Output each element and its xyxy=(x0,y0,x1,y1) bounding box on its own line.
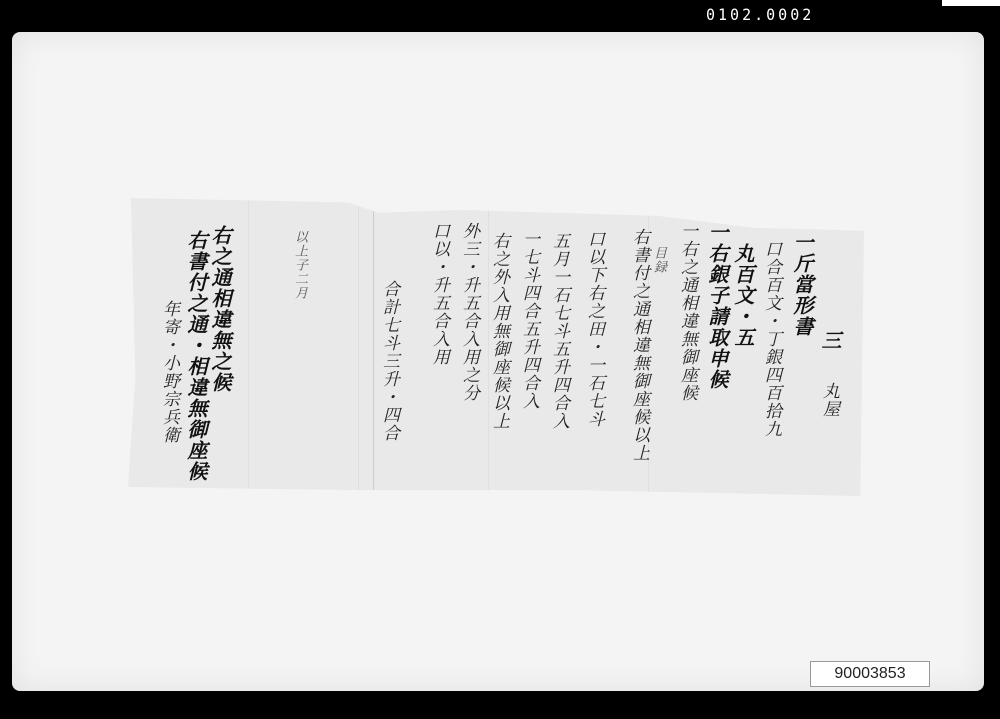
manuscript-column: 口以・升五合入用 xyxy=(430,222,447,366)
manuscript-column: 丸屋 xyxy=(820,382,837,418)
manuscript-column: 外三・升五合入用之分 xyxy=(460,222,477,402)
manuscript-column: 三 xyxy=(820,330,840,351)
manuscript-column: 目録 xyxy=(652,246,665,274)
manuscript-column: 口合百文・丁銀四百拾九 xyxy=(762,240,779,438)
manuscript-column: 右之通相違無之候 xyxy=(210,225,230,393)
manuscript-column: 一右銀子請取申候 xyxy=(707,222,727,390)
manuscript-column: 右之外入用無御座候以上 xyxy=(490,232,507,430)
manuscript-column: 一斤當形書 xyxy=(792,232,812,337)
manuscript-column: 口以下右之田・一石七斗 xyxy=(585,230,602,428)
manuscript-column: 右書付之通・相違無御座候 xyxy=(186,230,206,482)
reference-number-label: 90003853 xyxy=(810,661,930,687)
manuscript-column: 一右之通相違無御座候 xyxy=(678,222,695,402)
manuscript-column: 右書付之通相違無御座候以上 xyxy=(630,228,647,462)
manuscript-column: 丸百文・五 xyxy=(733,243,753,348)
manuscript-column: 以上子二月 xyxy=(293,230,306,300)
corner-marker xyxy=(942,0,1000,6)
manuscript-column: 年寄・小野宗兵衛 xyxy=(160,300,177,444)
manuscript-column: 合計七斗三升・四合 xyxy=(380,280,397,442)
manuscript-column: 五月一石七斗五升四合入 xyxy=(550,232,567,430)
manuscript-column: 一七斗四合五升四合入 xyxy=(520,230,537,410)
frame-number: 0102.0002 xyxy=(706,6,814,25)
